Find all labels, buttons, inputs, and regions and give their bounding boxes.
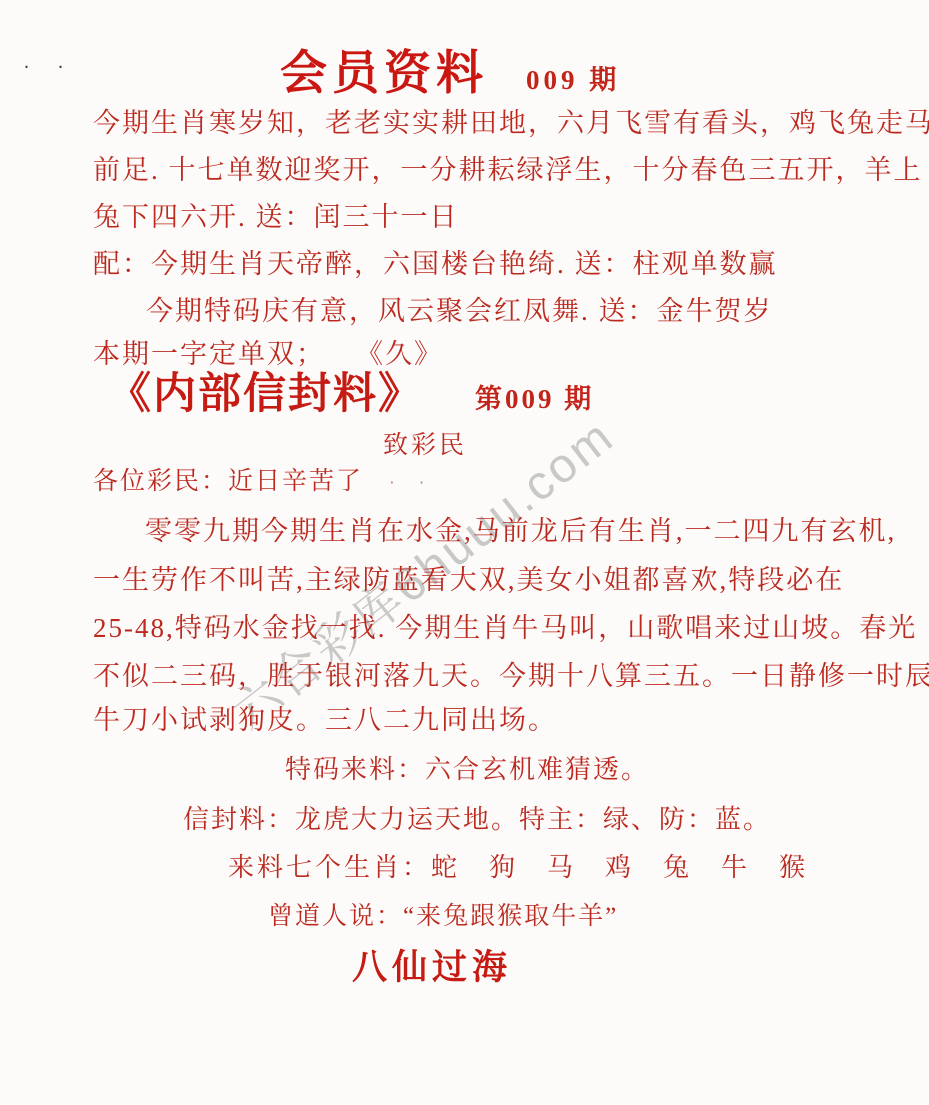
poem-line: 前足. 十七单数迎奖开，一分耕耘绿浮生，十分春色三五开，羊上 — [93, 148, 923, 187]
paragraph-line: 不似二三码，胜于银河落九天。今期十八算三五。一日静修一时辰。 — [93, 654, 929, 693]
envelope-issue-number: 第009 期 — [475, 377, 594, 416]
page-title: 会员资料 — [280, 36, 488, 103]
document-page: · · 会员资料 009 期 今期生肖寒岁知，老老实实耕田地，六月飞雪有看头，鸡… — [0, 0, 929, 1105]
scan-artifact-dots: · · — [388, 476, 432, 491]
poem-line: 配：今期生肖天帝醉，六国楼台艳绮. 送：柱观单数赢 — [93, 242, 778, 281]
zodiac-line: 来料七个生肖：蛇 狗 马 鸡 兔 牛 猴 — [228, 847, 808, 884]
paragraph-line: 一生劳作不叫苦,主绿防蓝看大双,美女小姐都喜欢,特段必在 — [93, 558, 844, 597]
page-header: 会员资料 009 期 — [280, 36, 620, 103]
poem-line: 今期生肖寒岁知，老老实实耕田地，六月飞雪有看头，鸡飞兔走马 — [93, 101, 929, 140]
greeting-line: 各位彩民：近日辛苦了 — [93, 461, 363, 497]
poem-line: 今期特码庆有意，风云聚会红凤舞. 送：金牛贺岁 — [146, 289, 773, 328]
envelope-title: 《内部信封料》 — [108, 360, 423, 421]
envelope-section-heading: 《内部信封料》 第009 期 — [108, 360, 594, 421]
poem-line: 兔下四六开. 送：闰三十一日 — [93, 195, 459, 234]
quote-line: 曾道人说：“来兔跟猴取牛羊” — [268, 896, 618, 932]
salutation: 致彩民 — [383, 425, 467, 461]
envelope-material-line: 信封料：龙虎大力运天地。特主：绿、防：蓝。 — [183, 799, 771, 836]
page-issue-number: 009 期 — [526, 58, 620, 97]
footer-title: 八仙过海 — [352, 940, 512, 990]
paragraph-line: 牛刀小试剥狗皮。三八二九同出场。 — [93, 698, 557, 737]
paragraph-line: 零零九期今期生肖在水金,马前龙后有生肖,一二四九有玄机, — [145, 509, 896, 548]
paragraph-line: 25-48,特码水金找一找. 今期生肖牛马叫，山歌唱来过山坡。春光 — [93, 606, 917, 645]
special-code-line: 特码来料：六合玄机难猜透。 — [285, 749, 649, 786]
scan-artifact-dots: · · — [22, 58, 73, 76]
